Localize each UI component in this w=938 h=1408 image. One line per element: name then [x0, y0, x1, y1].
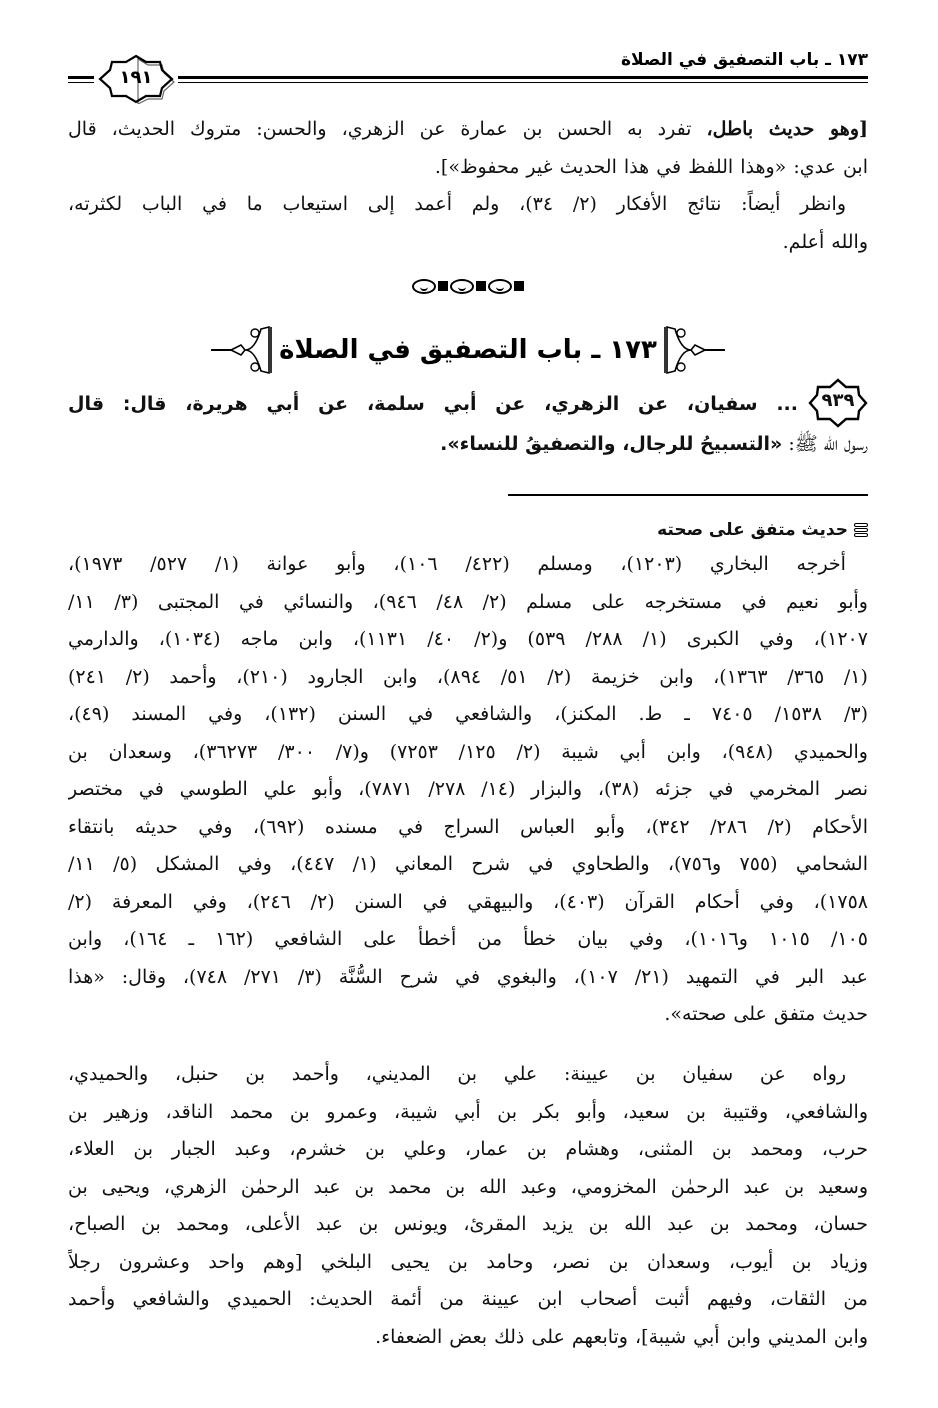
text-line: ١٠٥/ ١٠١٥ و١٠١٦)، وفي بيان خطأ من أخطأ ع… [68, 921, 868, 959]
text-line: والله أعلم. [68, 224, 868, 262]
scroll-bracket-ornament-icon [663, 325, 725, 375]
line-text: وانظر أيضاً: نتائج الأفكار (٢/ ٣٤)، ولم … [68, 193, 846, 215]
header-double-rule-left [68, 76, 94, 83]
divider-bar [476, 281, 486, 291]
line-text: والله أعلم. [783, 231, 868, 253]
hadith-attribution: رسول الله ﷺ: [782, 433, 868, 455]
text-line: وانظر أيضاً: نتائج الأفكار (٢/ ٣٤)، ولم … [68, 186, 868, 224]
running-header-title: ١٧٣ ـ باب التصفيق في الصلاة [621, 50, 868, 70]
book-stack-icon [854, 523, 868, 537]
scroll-bracket-ornament-icon [211, 325, 273, 375]
takhrij-heading-text: حديث متفق على صحته [657, 518, 848, 542]
text-line: رواه عن سفيان بن عيينة: علي بن المديني، … [68, 1056, 868, 1094]
page-number-badge: ١٩١ [96, 54, 176, 104]
text-line: عبد البر في التمهيد (٢١/ ١٠٧)، والبغوي ف… [68, 959, 868, 997]
hadith-line: رسول الله ﷺ: «التسبيحُ للرجال، والتصفيقُ… [68, 424, 868, 464]
text-line: حسان، ومحمد بن عبد الله بن يزيد المقرئ، … [68, 1206, 868, 1244]
line-text: تفرد به الحسن بن عمارة عن الزهري، والحسن… [68, 118, 706, 140]
takhrij-paragraph: أخرجه البخاري (١٢٠٣)، ومسلم (٤٢٢/ ١٠٦)، … [68, 546, 868, 1034]
ornament-divider [398, 277, 538, 295]
hadith-text: ... سفيان، عن الزهري، عن أبي سلمة، عن أب… [68, 384, 868, 464]
line-text: ابن عدي: «وهذا اللفظ في هذا الحديث غير م… [435, 156, 868, 178]
text-line: (١/ ٣٦٥/ ١٣٦٣)، وابن خزيمة (٢/ ٥١/ ٨٩٤)،… [68, 659, 868, 697]
text-line: الأحكام (٢/ ٢٨٦/ ٣٤٢)، وأبو العباس السرا… [68, 809, 868, 847]
text-line: أخرجه البخاري (١٢٠٣)، ومسلم (٤٢٢/ ١٠٦)، … [68, 546, 868, 584]
text-line: وأبو نعيم في مستخرجه على مسلم (٢/ ٤٨/ ٩٤… [68, 584, 868, 622]
divider-bar [514, 281, 524, 291]
text-line: والشافعي، وقتيبة بن سعيد، وأبو بكر بن أب… [68, 1094, 868, 1132]
text-line: والحميدي (٩٤٨)، وابن أبي شيبة (٢/ ١٢٥/ ٧… [68, 734, 868, 772]
text-line: وابن المديني وابن أبي شيبة]، وتابعهم على… [68, 1319, 868, 1357]
chapter-title: ١٧٣ ـ باب التصفيق في الصلاة [279, 330, 657, 370]
text-line: ١٧٥٨)، وفي أحكام القرآن (٤٠٣)، والبيهقي … [68, 884, 868, 922]
hadith-matn: «التسبيحُ للرجال، والتصفيقُ للنساء». [440, 433, 782, 455]
divider-bar [438, 281, 448, 291]
chapter-heading: ١٧٣ ـ باب التصفيق في الصلاة [68, 322, 868, 378]
text-line: (٣/ ١٥٣٨/ ٧٤٠٥ ـ ط. المكنز)، والشافعي في… [68, 696, 868, 734]
text-line: حرب، ومحمد بن المثنى، وهشام بن عمار، وعل… [68, 1131, 868, 1169]
floral-divider-icon [488, 279, 512, 294]
takhrij-heading: حديث متفق على صحته [657, 518, 868, 542]
text-line: ١٢٠٧)، وفي الكبرى (١/ ٢٨٨/ ٥٣٩) و(٢/ ٤٠/… [68, 621, 868, 659]
intro-paragraph: [وهو حديث باطل، تفرد به الحسن بن عمارة ع… [68, 111, 868, 261]
text-line: حديث متفق على صحته». [68, 996, 868, 1034]
hadith-line: ... سفيان، عن الزهري، عن أبي سلمة، عن أب… [68, 384, 868, 424]
text-line: نصر المخرمي في جزئه (٣٨)، والبزار (١٤/ ٢… [68, 771, 868, 809]
book-page: ١٧٣ ـ باب التصفيق في الصلاة ١٩١ [وهو حدي… [68, 0, 868, 1408]
floral-divider-icon [412, 279, 436, 294]
running-header: ١٧٣ ـ باب التصفيق في الصلاة ١٩١ [68, 46, 868, 96]
text-line: [وهو حديث باطل، تفرد به الحسن بن عمارة ع… [68, 111, 868, 149]
page-number: ١٩١ [96, 67, 176, 89]
bold-phrase: [وهو حديث باطل، [706, 118, 868, 140]
text-line: وزياد بن أيوب، وسعدان بن نصر، وحامد بن ي… [68, 1244, 868, 1282]
text-line: الشحامي (٧٥٥ و٧٥٦)، والطحاوي في شرح المع… [68, 846, 868, 884]
header-double-rule [178, 76, 868, 83]
text-line: من الثقات، وفيهم أثبت أصحاب ابن عيينة من… [68, 1281, 868, 1319]
text-line: وسعيد بن عبد الرحمٰن المخزومي، وعبد الله… [68, 1169, 868, 1207]
narrators-paragraph: رواه عن سفيان بن عيينة: علي بن المديني، … [68, 1056, 868, 1356]
section-separator-rule [508, 494, 868, 496]
floral-divider-icon [450, 279, 474, 294]
text-line: ابن عدي: «وهذا اللفظ في هذا الحديث غير م… [68, 149, 868, 187]
